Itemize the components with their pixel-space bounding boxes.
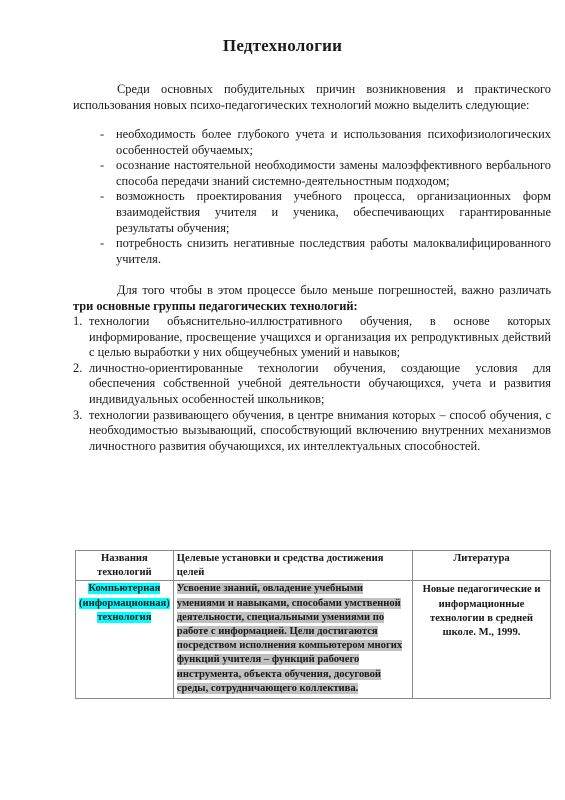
cell-technology-name: Компьютерная (информационная) технология (76, 581, 174, 699)
dash-marker: - (100, 189, 104, 205)
table-header-row: Названия технологий Целевые установки и … (76, 551, 551, 581)
groups-paragraph: Для того чтобы в этом процессе было мень… (73, 283, 551, 314)
list-item: 1.технологии объяснительно-иллюстративно… (73, 314, 551, 361)
cell-literature: Новые педагогические и информационные те… (413, 581, 551, 699)
highlighted-text: Компьютерная (информационная) технология (79, 583, 170, 622)
list-item: 2.личностно-ориентированные технологии о… (73, 361, 551, 408)
cell-goals: Усвоение знаний, овладение учебными умен… (173, 581, 412, 699)
header-cell-goals: Целевые установки и средства достижения … (173, 551, 412, 581)
dash-marker: - (100, 158, 104, 174)
dash-marker: - (100, 127, 104, 143)
header-cell-names: Названия технологий (76, 551, 174, 581)
reasons-list: -необходимость более глубокого учета и и… (87, 127, 551, 267)
groups-emphasis: три основные группы педагогических техно… (73, 299, 358, 313)
header-cell-literature: Литература (413, 551, 551, 581)
list-item: -необходимость более глубокого учета и и… (87, 127, 551, 158)
page-title: Педтехнологии (0, 36, 565, 56)
table-row: Компьютерная (информационная) технология… (76, 581, 551, 699)
list-item: -потребность снизить негативные последст… (87, 236, 551, 267)
number-marker: 3. (73, 408, 82, 424)
dash-marker: - (100, 236, 104, 252)
list-item: 3.технологии развивающего обучения, в це… (73, 408, 551, 455)
technologies-table: Названия технологий Целевые установки и … (75, 550, 551, 699)
intro-paragraph: Среди основных побудительных причин возн… (73, 82, 551, 113)
groups-list: 1.технологии объяснительно-иллюстративно… (73, 314, 551, 454)
number-marker: 1. (73, 314, 82, 330)
document-page: Педтехнологии Среди основных побудительн… (0, 0, 565, 800)
highlighted-text: Усвоение знаний, овладение учебными умен… (177, 583, 402, 693)
list-item: -возможность проектирования учебного про… (87, 189, 551, 236)
number-marker: 2. (73, 361, 82, 377)
list-item: -осознание настоятельной необходимости з… (87, 158, 551, 189)
